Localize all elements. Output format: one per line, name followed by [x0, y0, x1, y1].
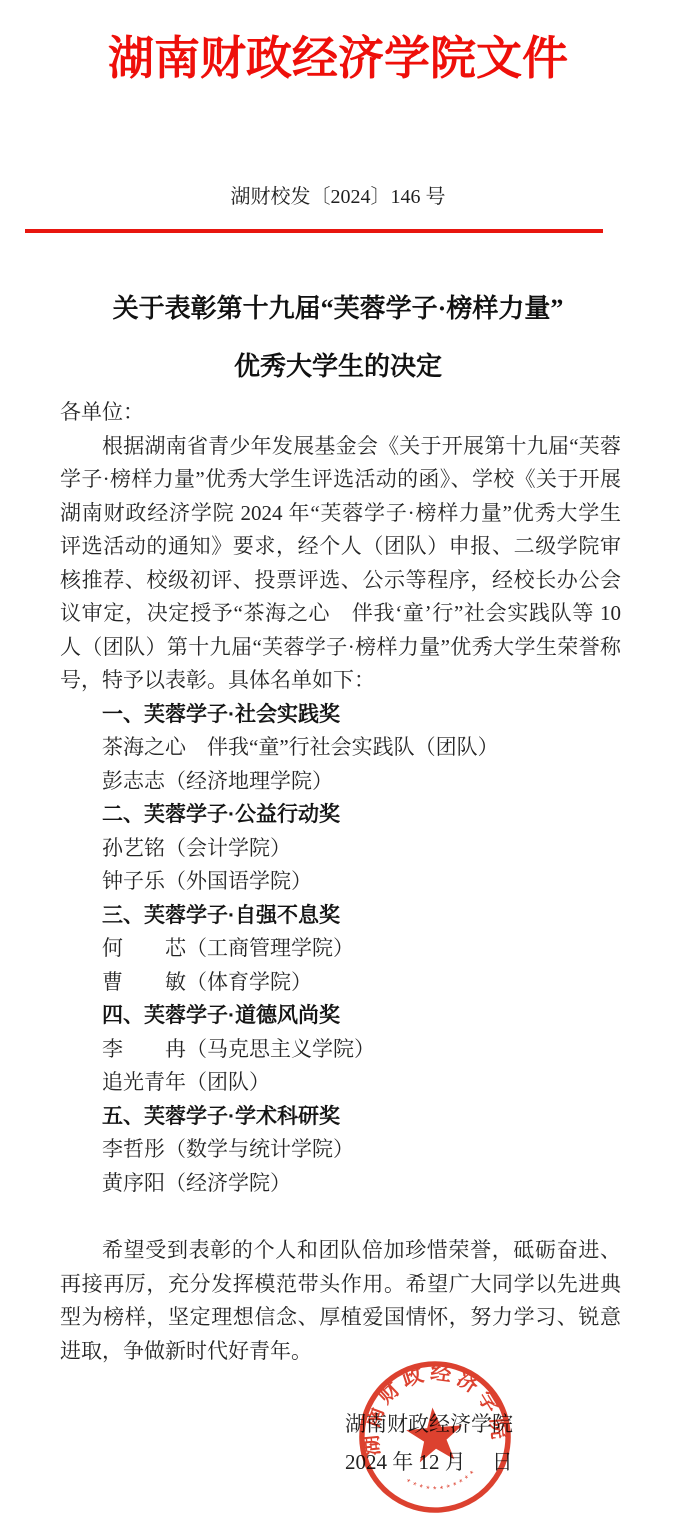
- award-heading-2: 二、芙蓉学子·公益行动奖: [102, 798, 621, 832]
- award-recipient: 李 冉（马克思主义学院）: [102, 1033, 621, 1067]
- document-number: 湖财校发〔2024〕146 号: [0, 180, 676, 209]
- closing-paragraph: 希望受到表彰的个人和团队倍加珍惜荣誉，砥砺奋进、再接再厉，充分发挥模范带头作用。…: [60, 1234, 621, 1368]
- title-line-1: 关于表彰第十九届“芙蓉学子·榜样力量”: [0, 280, 676, 338]
- award-heading-4: 四、芙蓉学子·道德风尚奖: [102, 999, 621, 1033]
- award-recipient: 李哲彤（数学与统计学院）: [102, 1133, 621, 1167]
- salutation: 各单位：: [60, 396, 621, 430]
- intro-paragraph: 根据湖南省青少年发展基金会《关于开展第十九届“芙蓉学子·榜样力量”优秀大学生评选…: [60, 430, 621, 698]
- award-recipient: 曹 敏（体育学院）: [102, 966, 621, 1000]
- document-page: 湖南财政经济学院文件 湖财校发〔2024〕146 号 关于表彰第十九届“芙蓉学子…: [0, 0, 676, 1521]
- award-recipient: 彭志志（经济地理学院）: [102, 765, 621, 799]
- title-line-2: 优秀大学生的决定: [0, 338, 676, 396]
- blank-line: [60, 1200, 621, 1234]
- award-recipient: 追光青年（团队）: [102, 1066, 621, 1100]
- seal-code-marks: ***********: [403, 1465, 482, 1497]
- award-heading-3: 三、芙蓉学子·自强不息奖: [102, 899, 621, 933]
- document-title: 关于表彰第十九届“芙蓉学子·榜样力量” 优秀大学生的决定: [0, 280, 676, 396]
- document-body: 各单位： 根据湖南省青少年发展基金会《关于开展第十九届“芙蓉学子·榜样力量”优秀…: [60, 396, 621, 1368]
- award-recipient: 茶海之心 伴我“童”行社会实践队（团队）: [102, 731, 621, 765]
- award-recipient: 钟子乐（外国语学院）: [102, 865, 621, 899]
- award-recipient: 孙艺铭（会计学院）: [102, 832, 621, 866]
- seal-star-icon: [404, 1405, 465, 1463]
- official-seal: 湖南财政经济学院 ***********: [349, 1351, 520, 1521]
- award-recipient: 何 芯（工商管理学院）: [102, 932, 621, 966]
- award-heading-5: 五、芙蓉学子·学术科研奖: [102, 1100, 621, 1134]
- award-recipient: 黄序阳（经济学院）: [102, 1167, 621, 1201]
- red-divider-line: [25, 229, 603, 233]
- document-header-title: 湖南财政经济学院文件: [0, 22, 676, 88]
- award-heading-1: 一、芙蓉学子·社会实践奖: [102, 698, 621, 732]
